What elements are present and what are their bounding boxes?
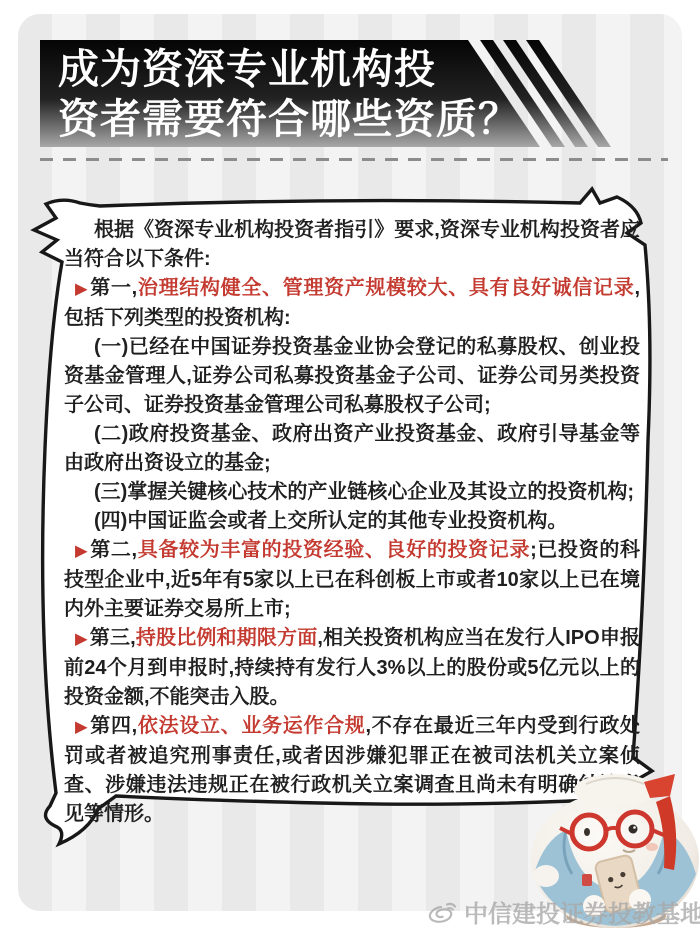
weibo-icon — [428, 900, 458, 924]
item-paragraph-2: ▶第二,具备较为丰富的投资经验、良好的投资记录;已投资的科技型企业中,近5年有5… — [64, 536, 640, 624]
watermark: 中信建投证券投教基地 — [428, 894, 700, 929]
document-body: 根据《资深专业机构投资者指引》要求,资深专业机构投资者应当符合以下条件: ▶第一… — [64, 216, 640, 829]
item-4-highlight: 依法设立、业务运作合规 — [137, 715, 365, 737]
mascot-eye — [584, 828, 590, 836]
item-4-head: 第四, — [90, 715, 137, 737]
sub-item-1: (一)已经在中国证券投资基金业协会登记的私募股权、创业投资基金管理人,证券公司私… — [64, 333, 640, 420]
triangle-bullet-icon: ▶ — [75, 718, 88, 736]
sub-item-2: (二)政府投资基金、政府出资产业投资基金、政府引导基金等由政府出资设立的基金; — [64, 420, 640, 478]
item-1-highlight: 治理结构健全、管理资产规模较大、具有良好诚信记录 — [137, 277, 634, 299]
item-3-head: 第三, — [90, 627, 136, 649]
triangle-bullet-icon: ▶ — [75, 280, 88, 298]
item-2-head: 第二, — [90, 539, 137, 561]
mascot-eye — [629, 825, 638, 834]
mascot-blush — [646, 843, 658, 851]
watermark-text: 中信建投证券投教基地 — [464, 894, 700, 929]
poster-page: 成为资深专业机构投 资者需要符合哪些资质？ 根据《资深专业机构投资者指引》要求,… — [0, 0, 700, 933]
item-3-highlight: 持股比例和期限方面 — [136, 627, 318, 649]
item-paragraph-1: ▶第一,治理结构健全、管理资产规模较大、具有良好诚信记录,包括下列类型的投资机构… — [64, 274, 640, 333]
item-paragraph-3: ▶第三,持股比例和期限方面,相关投资机构应当在发行人IPO申报前24个月到申报时… — [64, 624, 640, 712]
mascot-chest-patch — [582, 874, 592, 886]
intro-paragraph: 根据《资深专业机构投资者指引》要求,资深专业机构投资者应当符合以下条件: — [64, 216, 640, 274]
sub-item-4: (四)中国证监会或者上交所认定的其他专业投资机构。 — [64, 507, 640, 536]
triangle-bullet-icon: ▶ — [75, 542, 88, 560]
item-1-head: 第一, — [90, 277, 137, 299]
item-2-highlight: 具备较为丰富的投资经验、良好的投资记录 — [137, 539, 530, 561]
sub-item-3: (三)掌握关键核心技术的产业链核心企业及其设立的投资机构; — [64, 478, 640, 507]
mascot-left-paw — [533, 865, 559, 887]
triangle-bullet-icon: ▶ — [75, 630, 88, 648]
